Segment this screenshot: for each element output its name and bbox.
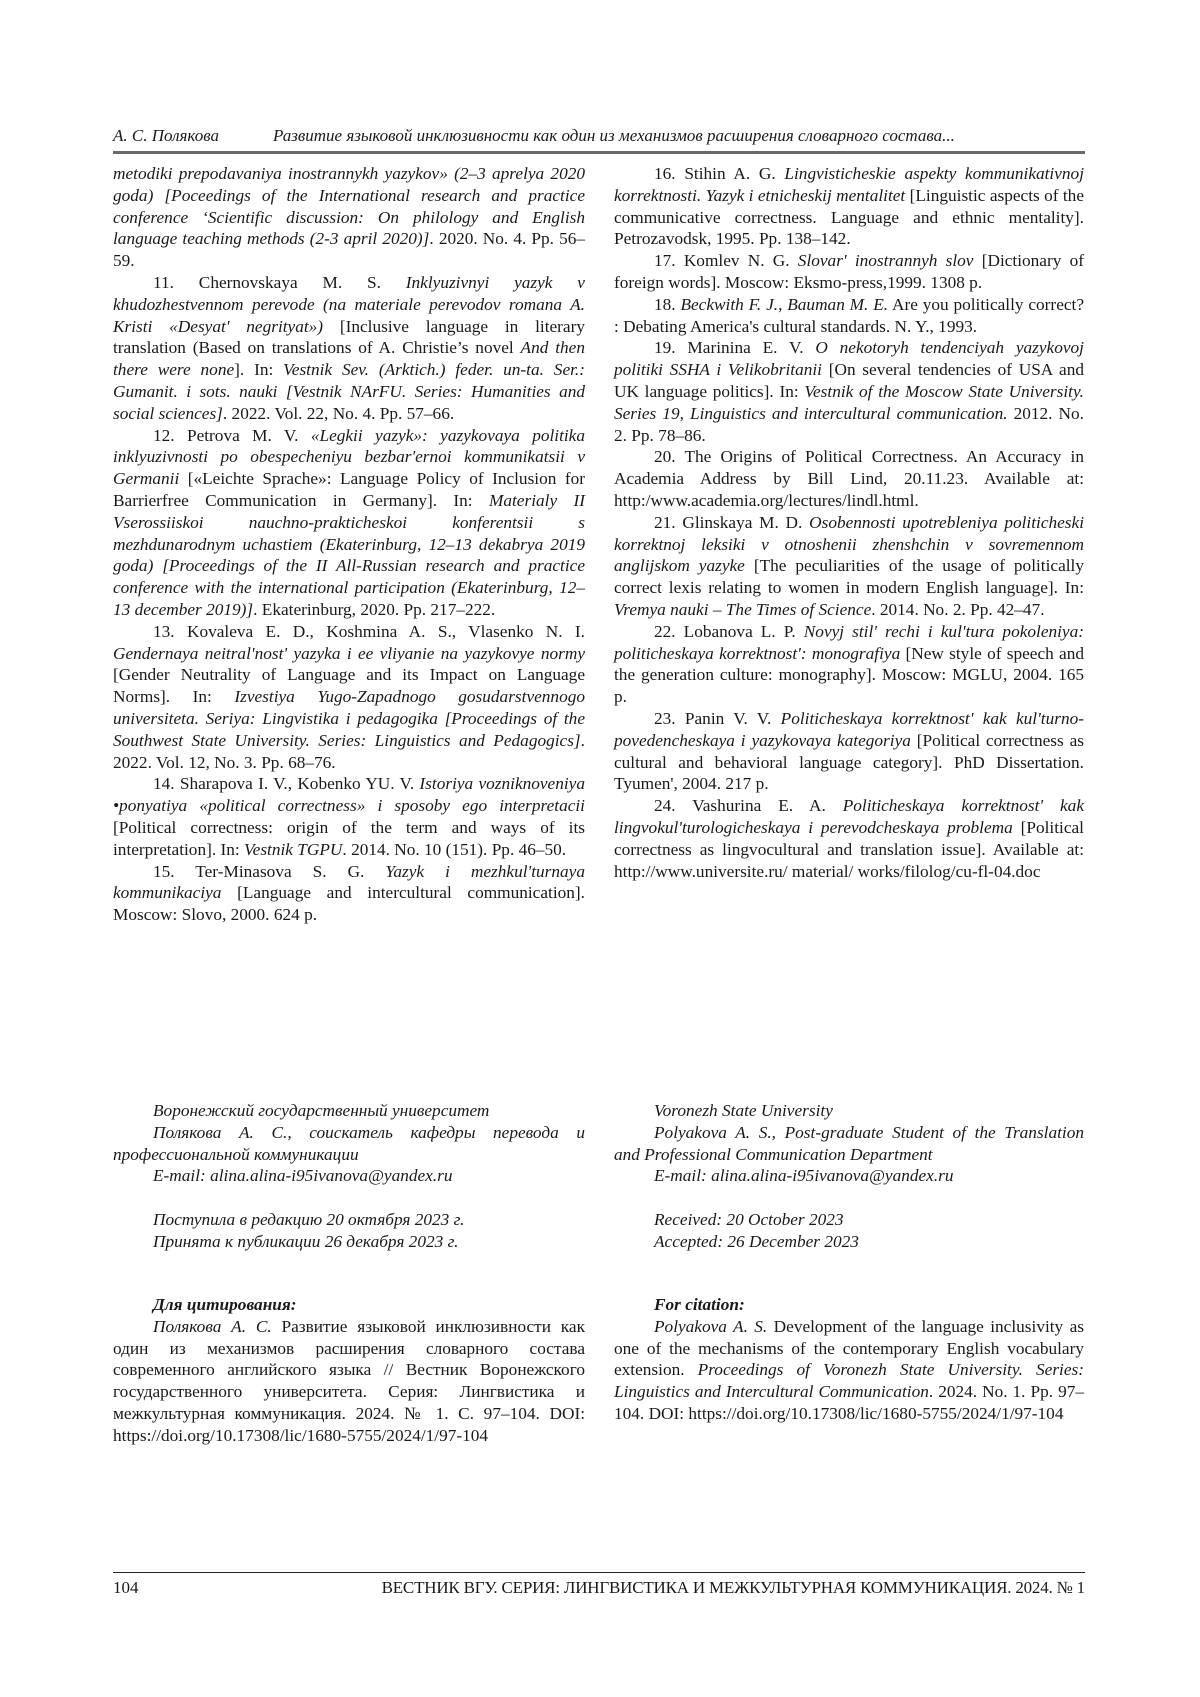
citation-heading-en: For citation: — [614, 1294, 1084, 1316]
journal-name: ВЕСТНИК ВГУ. СЕРИЯ: ЛИНГВИСТИКА И МЕЖКУЛ… — [382, 1578, 1085, 1598]
reference-title: Vremya nauki – The Times of Science — [614, 600, 871, 619]
reference-title: Gendernaya neitral'nost' yazyka i ee vli… — [113, 644, 585, 663]
reference-item: 19. Marinina E. V. O nekotoryh tendenciy… — [614, 337, 1084, 446]
reference-text: ]. In: — [234, 360, 283, 379]
reference-title: Slovar' inostrannyh slov — [798, 251, 974, 270]
university-en: Voronezh State University — [614, 1100, 1084, 1122]
author-position-ru: Полякова А. С., соискатель кафедры перев… — [113, 1122, 585, 1166]
affiliation-en: Voronezh State University Polyakova A. S… — [614, 1100, 1084, 1253]
reference-item: 18. Beckwith F. J., Bauman M. E. Are you… — [614, 294, 1084, 338]
reference-text: 13. Kovaleva E. D., Koshmina A. S., Vlas… — [153, 622, 585, 641]
received-ru: Поступила в редакцию 20 октября 2023 г. — [113, 1209, 585, 1231]
running-head: А. С. Полякова Развитие языковой инклюзи… — [113, 126, 1085, 150]
affiliation-ru: Воронежский государственный университет … — [113, 1100, 585, 1253]
citation-en: For citation: Polyakova A. S. Developmen… — [614, 1294, 1084, 1425]
reference-text: . 2022. Vol. 22, No. 4. Pp. 57–66. — [223, 404, 454, 423]
reference-item: 17. Komlev N. G. Slovar' inostrannyh slo… — [614, 250, 1084, 294]
page-number: 104 — [113, 1578, 139, 1598]
email-ru[interactable]: E-mail: alina.alina-i95ivanova@yandex.ru — [113, 1165, 585, 1187]
reference-text: 19. Marinina E. V. — [654, 338, 815, 357]
reference-item: 11. Chernovskaya M. S. Inklyuzivnyi yazy… — [113, 272, 585, 425]
reference-title: Vestnik TGPU — [244, 840, 342, 859]
header-author: А. С. Полякова — [113, 126, 219, 146]
reference-item: 23. Panin V. V. Politicheskaya korrektno… — [614, 708, 1084, 795]
footer-rule — [113, 1572, 1085, 1573]
author-position-en: Polyakova A. S., Post-graduate Student o… — [614, 1122, 1084, 1166]
reference-item: 16. Stihin A. G. Lingvisticheskie aspekt… — [614, 163, 1084, 250]
accepted-ru: Принята к публикации 26 декабря 2023 г. — [113, 1231, 585, 1253]
reference-text: 14. Sharapova I. V., Kobenko YU. V. — [153, 774, 419, 793]
citation-author-en: Polyakova A. S. — [654, 1317, 767, 1336]
reference-text: . 2014. No. 10 (151). Pp. 46–50. — [342, 840, 566, 859]
header-article-title: Развитие языковой инклюзивности как один… — [273, 126, 955, 146]
reference-item: 15. Ter-Minasova S. G. Yazyk i mezhkul't… — [113, 861, 585, 926]
citation-body-en: Polyakova A. S. Development of the langu… — [614, 1316, 1084, 1425]
reference-text: 17. Komlev N. G. — [654, 251, 798, 270]
reference-text: 20. The Origins of Political Correctness… — [614, 447, 1084, 510]
reference-text: 11. Chernovskaya M. S. — [153, 273, 406, 292]
citation-author-ru: Полякова А. С. — [153, 1317, 272, 1336]
reference-title: Beckwith F. J., Bauman M. E. — [680, 295, 888, 314]
accepted-en: Accepted: 26 December 2023 — [614, 1231, 1084, 1253]
reference-item: 22. Lobanova L. P. Novyj stil' rechi i k… — [614, 621, 1084, 708]
reference-text: 18. — [654, 295, 680, 314]
references-right-column: 16. Stihin A. G. Lingvisticheskie aspekt… — [614, 163, 1084, 882]
reference-text: . 2014. No. 2. Pp. 42–47. — [871, 600, 1044, 619]
reference-item: 13. Kovaleva E. D., Koshmina A. S., Vlas… — [113, 621, 585, 774]
reference-text: 15. Ter-Minasova S. G. — [153, 862, 385, 881]
reference-item: 12. Petrova M. V. «Legkii yazyk»: yazyko… — [113, 425, 585, 621]
reference-text: 24. Vashurina E. A. — [654, 796, 843, 815]
citation-heading-ru: Для цитирования: — [113, 1294, 585, 1316]
received-en: Received: 20 October 2023 — [614, 1209, 1084, 1231]
reference-text: 22. Lobanova L. P. — [654, 622, 804, 641]
reference-text: 12. Petrova M. V. — [153, 426, 311, 445]
citation-ru: Для цитирования: Полякова А. С. Развитие… — [113, 1294, 585, 1447]
reference-text: 23. Panin V. V. — [654, 709, 781, 728]
citation-body-ru: Полякова А. С. Развитие языковой инклюзи… — [113, 1316, 585, 1447]
reference-text: 16. Stihin A. G. — [654, 164, 784, 183]
email-en[interactable]: E-mail: alina.alina-i95ivanova@yandex.ru — [614, 1165, 1084, 1187]
reference-text: 21. Glinskaya M. D. — [654, 513, 809, 532]
reference-item: 24. Vashurina E. A. Politicheskaya korre… — [614, 795, 1084, 882]
reference-text: . Ekaterinburg, 2020. Pp. 217–222. — [253, 600, 495, 619]
reference-item: 21. Glinskaya M. D. Osobennosti upotrebl… — [614, 512, 1084, 621]
reference-item: metodiki prepodavaniya inostrannykh yazy… — [113, 163, 585, 272]
header-rule — [113, 151, 1085, 154]
reference-item: 20. The Origins of Political Correctness… — [614, 446, 1084, 511]
reference-item: 14. Sharapova I. V., Kobenko YU. V. Isto… — [113, 773, 585, 860]
references-left-column: metodiki prepodavaniya inostrannykh yazy… — [113, 163, 585, 926]
university-ru: Воронежский государственный университет — [113, 1100, 585, 1122]
